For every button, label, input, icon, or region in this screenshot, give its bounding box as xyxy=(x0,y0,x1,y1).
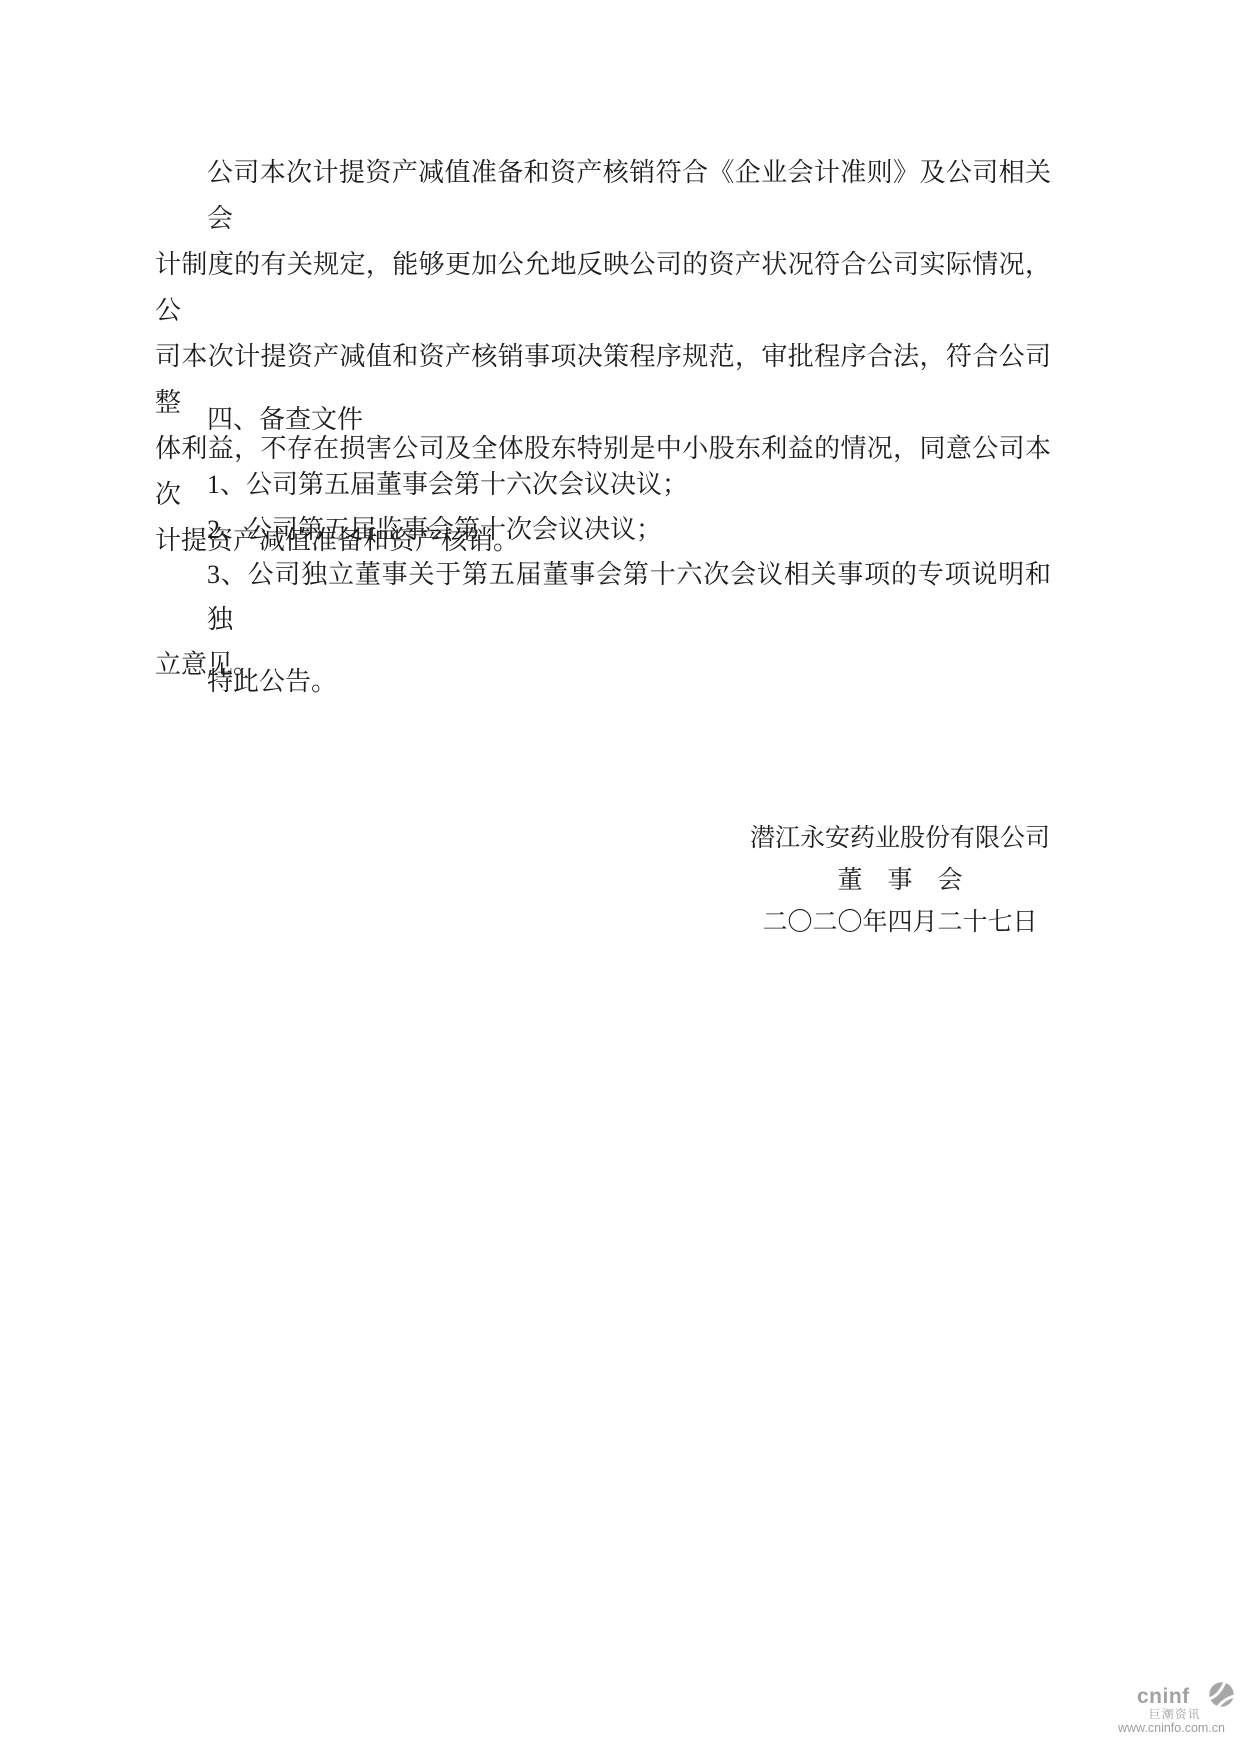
reference-documents-list: 1、公司第五届董事会第十六次会议决议； 2、公司第五届监事会第十次会议决议； 3… xyxy=(155,462,1051,687)
cninfo-logo-text: cninf xyxy=(1137,1686,1190,1707)
cninfo-website: www.cninfo.com.cn xyxy=(1118,1722,1225,1735)
signature-block: 潜江永安药业股份有限公司 董 事 会 二〇二〇年四月二十七日 xyxy=(750,818,1050,944)
section-heading-text: 四、备查文件 xyxy=(155,397,1051,443)
closing-statement-text: 特此公告。 xyxy=(155,659,1051,705)
cninfo-brand-name: 巨潮资讯 xyxy=(1149,1709,1201,1721)
list-item: 2、公司第五届监事会第十次会议决议； xyxy=(155,507,1051,552)
list-item: 1、公司第五届董事会第十六次会议决议； xyxy=(155,462,1051,507)
date-line: 二〇二〇年四月二十七日 xyxy=(750,902,1050,944)
cninfo-logo: cninf 巨潮资讯 www.cninfo.com.cn xyxy=(1118,1684,1236,1738)
board-of-directors-line: 董 事 会 xyxy=(750,860,1050,902)
paragraph-line: 公司本次计提资产减值准备和资产核销符合《企业会计准则》及公司相关会 xyxy=(155,150,1051,242)
cninfo-wave-icon xyxy=(1208,1681,1235,1713)
paragraph-line: 计制度的有关规定，能够更加公允地反映公司的资产状况符合公司实际情况，公 xyxy=(155,242,1051,334)
company-name: 潜江永安药业股份有限公司 xyxy=(750,818,1050,860)
section-heading: 四、备查文件 xyxy=(155,397,1051,443)
closing-statement: 特此公告。 xyxy=(155,659,1051,705)
list-item: 3、公司独立董事关于第五届董事会第十六次会议相关事项的专项说明和独 xyxy=(155,552,1051,642)
